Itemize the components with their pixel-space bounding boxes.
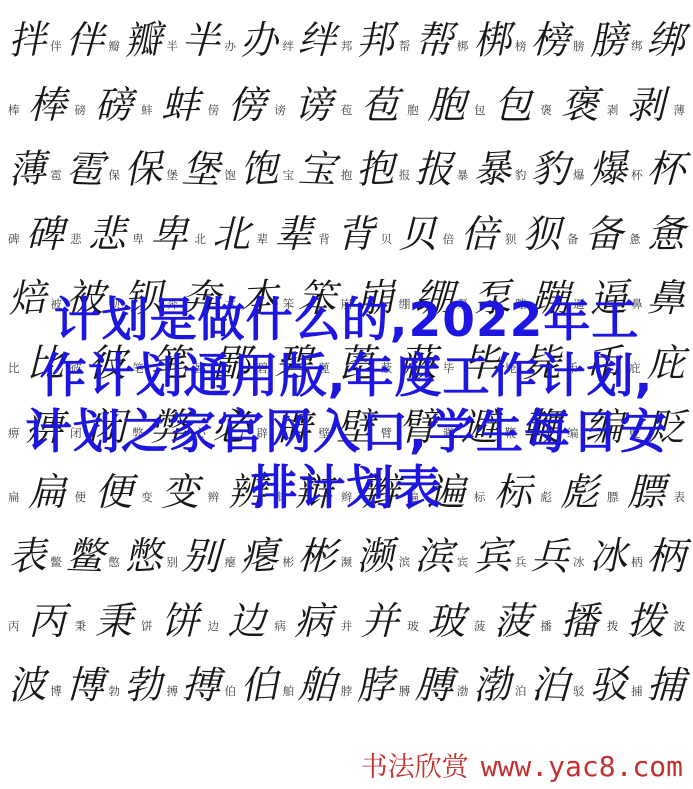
calligraphy-char: 爆 [588,149,628,189]
char-label: 碑 [8,234,20,246]
calligraphy-char: 饱 [239,149,279,189]
calligraphy-char: 播 [560,602,598,640]
calligraphy-char: 贝 [398,215,436,253]
char-label: 舶 [283,686,295,698]
char-label: 磅 [75,105,87,117]
calligraphy-char: 绊 [298,21,337,60]
watermark: 书法欣赏 www.yac8.com [361,753,683,781]
char-label: 脖 [341,686,353,698]
char-label: 濒 [341,557,353,569]
calligraphy-char: 谤 [294,86,332,124]
watermark-site-name: 书法欣赏 [361,754,469,781]
char-label: 宾 [457,557,469,569]
char-label: 柄 [631,557,643,569]
calligraphy-char: 瘪 [239,536,279,576]
calligraphy-char: 宾 [472,536,512,576]
char-label: 傍 [208,105,220,117]
calligraphy-char: 驳 [588,665,628,705]
calligraphy-char: 别 [182,537,221,576]
calligraphy-char: 备 [585,215,623,253]
calligraphy-char: 堡 [182,150,221,189]
calligraphy-char: 并 [361,602,399,640]
overlay-title: 计划是做什么的,2022年工 作计划通用版,年度工作计划, 计划之家官网入口,学… [0,293,693,517]
calligraphy-char: 瓣 [123,20,163,60]
char-label: 包 [474,105,486,117]
calligraphy-char: 保 [123,149,163,189]
calligraphy-char: 胞 [427,86,465,124]
char-label: 雹 [50,170,62,182]
calligraphy-char: 帮 [414,21,453,60]
watermark-site-url: www.yac8.com [481,753,683,781]
char-label: 绑 [631,41,643,53]
calligraphy-char: 蚌 [161,86,199,124]
calligraphy-char: 狈 [523,215,561,253]
char-label: 备 [567,234,579,246]
char-label: 辈 [256,234,268,246]
char-label: 秉 [75,621,87,633]
calligraphy-char: 秉 [95,602,133,640]
calligraphy-char: 膊 [414,666,453,705]
calligraphy-char: 波 [7,665,47,705]
calligraphy-row: 丙丙秉秉饼饼边边病病并并玻玻菠菠播播拨拨波 [8,589,685,654]
calligraphy-char: 拌 [7,20,47,60]
calligraphy-char: 脖 [356,665,396,705]
calligraphy-char: 报 [414,150,453,189]
char-label: 苞 [341,105,353,117]
calligraphy-char: 伴 [65,21,104,60]
char-label: 别 [166,557,178,569]
char-label: 邦 [341,41,353,53]
calligraphy-char: 憋 [123,536,163,576]
char-label: 冰 [573,557,585,569]
char-label: 泊 [515,686,527,698]
calligraphy-row: 拌伴伴瓣瓣半半办办绊绊邦邦帮帮梆梆榜榜膀膀绑绑 [8,8,685,73]
calligraphy-char: 辈 [274,215,312,253]
calligraphy-char: 勃 [123,665,163,705]
calligraphy-char: 背 [336,215,374,253]
char-label: 博 [50,686,62,698]
calligraphy-char: 舶 [298,666,337,705]
char-label: 抱 [341,170,353,182]
calligraphy-char: 杯 [646,150,685,189]
calligraphy-char: 碑 [26,215,64,253]
calligraphy-row: 棒棒磅磅蚌蚌傍傍谤谤苞苞胞胞包包褒褒剥剥薄 [8,73,685,138]
calligraphy-char: 鳖 [65,537,104,576]
overlay-title-line-2: 作计划通用版,年度工作计划, [0,349,693,405]
char-label: 搏 [166,686,178,698]
calligraphy-char: 菠 [494,602,532,640]
char-label: 绊 [283,41,295,53]
char-label: 豹 [515,170,527,182]
char-label: 伴 [50,41,62,53]
calligraphy-char: 搏 [182,666,221,705]
page: 拌伴伴瓣瓣半半办办绊绊邦邦帮帮梆梆榜榜膀膀绑绑棒棒磅磅蚌蚌傍傍谤谤苞苞胞胞包包褒… [0,0,693,789]
char-label: 悲 [70,234,82,246]
char-label: 边 [208,621,220,633]
calligraphy-char: 北 [212,215,250,253]
char-label: 饱 [225,170,237,182]
char-label: 滨 [399,557,411,569]
char-label: 蚌 [141,105,153,117]
char-label: 玻 [407,621,419,633]
calligraphy-char: 边 [228,602,266,640]
char-label: 惫 [629,234,641,246]
calligraphy-char: 梆 [472,20,512,60]
calligraphy-char: 邦 [356,20,396,60]
overlay-title-line-3: 计划之家官网入口,学生每日安 [0,405,693,461]
char-label: 背 [319,234,331,246]
char-label: 报 [399,170,411,182]
calligraphy-char: 棒 [28,86,66,124]
char-label: 半 [166,41,178,53]
calligraphy-char: 滨 [414,537,453,576]
calligraphy-char: 办 [239,20,279,60]
char-label: 波 [673,621,685,633]
char-label: 狈 [505,234,517,246]
char-label: 薄 [673,105,685,117]
calligraphy-char: 傍 [228,86,266,124]
char-label: 爆 [573,170,585,182]
char-label: 办 [225,41,237,53]
calligraphy-char: 饼 [161,602,199,640]
char-label: 胞 [407,105,419,117]
calligraphy-char: 兵 [530,537,569,576]
char-label: 捕 [631,686,643,698]
char-label: 并 [341,621,353,633]
char-label: 保 [108,170,120,182]
char-label: 伯 [225,686,237,698]
calligraphy-char: 伯 [239,665,279,705]
char-label: 憋 [108,557,120,569]
char-label: 勃 [108,686,120,698]
calligraphy-row: 薄雹雹保保堡堡饱饱宝宝抱抱报报暴暴豹豹爆爆杯杯 [8,137,685,202]
calligraphy-char: 倍 [461,215,499,253]
calligraphy-row: 碑碑悲悲卑卑北北辈辈背背贝贝倍倍狈狈备备惫惫 [8,202,685,267]
char-label: 膀 [573,41,585,53]
calligraphy-row: 表鳖鳖憋憋别别瘪瘪彬彬濒濒滨滨宾宾兵兵冰冰柄柄 [8,524,685,589]
overlay-title-line-4: 排计划表 [0,461,693,517]
calligraphy-char: 博 [65,666,104,705]
calligraphy-char: 卑 [150,215,188,253]
calligraphy-char: 病 [294,602,332,640]
calligraphy-char: 惫 [647,215,685,253]
calligraphy-char: 褒 [560,86,598,124]
calligraphy-char: 捕 [646,666,685,705]
calligraphy-row: 波博博勃勃搏搏伯伯舶舶脖脖膊膊渤渤泊泊驳驳捕捕 [8,653,685,718]
calligraphy-char: 宝 [298,150,337,189]
calligraphy-char: 榜 [530,21,569,60]
calligraphy-char: 磅 [95,86,133,124]
calligraphy-char: 玻 [427,602,465,640]
char-label: 帮 [399,41,411,53]
char-label: 播 [540,621,552,633]
calligraphy-char: 泊 [530,666,569,705]
char-label: 贝 [381,234,393,246]
calligraphy-char: 悲 [88,215,126,253]
calligraphy-char: 丙 [28,602,66,640]
overlay-title-line-1: 计划是做什么的,2022年工 [0,293,693,349]
calligraphy-char: 柄 [646,537,685,576]
char-label: 兵 [515,557,527,569]
char-label: 堡 [166,170,178,182]
char-label: 谤 [274,105,286,117]
char-label: 驳 [573,686,585,698]
calligraphy-char: 薄 [7,149,47,189]
char-label: 膊 [399,686,411,698]
char-label: 渤 [457,686,469,698]
char-label: 杯 [631,170,643,182]
char-label: 饼 [141,621,153,633]
char-label: 棒 [8,105,20,117]
char-label: 瓣 [108,41,120,53]
calligraphy-char: 冰 [588,536,628,576]
char-label: 倍 [443,234,455,246]
char-label: 丙 [8,621,20,633]
char-label: 拨 [607,621,619,633]
char-label: 梆 [457,41,469,53]
calligraphy-char: 雹 [65,150,104,189]
char-label: 榜 [515,41,527,53]
calligraphy-char: 渤 [472,665,512,705]
calligraphy-char: 剥 [627,86,665,124]
char-label: 彬 [283,557,295,569]
char-label: 鳖 [50,557,62,569]
calligraphy-char: 绑 [646,21,685,60]
calligraphy-char: 半 [182,21,221,60]
char-label: 宝 [283,170,295,182]
char-label: 暴 [457,170,469,182]
calligraphy-char: 抱 [356,149,396,189]
char-label: 剥 [607,105,619,117]
calligraphy-char: 濒 [356,536,396,576]
calligraphy-char: 苞 [361,86,399,124]
calligraphy-char: 膀 [588,20,628,60]
calligraphy-char: 拨 [627,602,665,640]
char-label: 菠 [474,621,486,633]
calligraphy-char: 豹 [530,150,569,189]
char-label: 北 [194,234,206,246]
char-label: 卑 [132,234,144,246]
char-label: 病 [274,621,286,633]
calligraphy-char: 包 [494,86,532,124]
char-label: 褒 [540,105,552,117]
calligraphy-char: 表 [7,536,47,576]
char-label: 瘪 [225,557,237,569]
calligraphy-char: 彬 [298,537,337,576]
calligraphy-char: 暴 [472,149,512,189]
